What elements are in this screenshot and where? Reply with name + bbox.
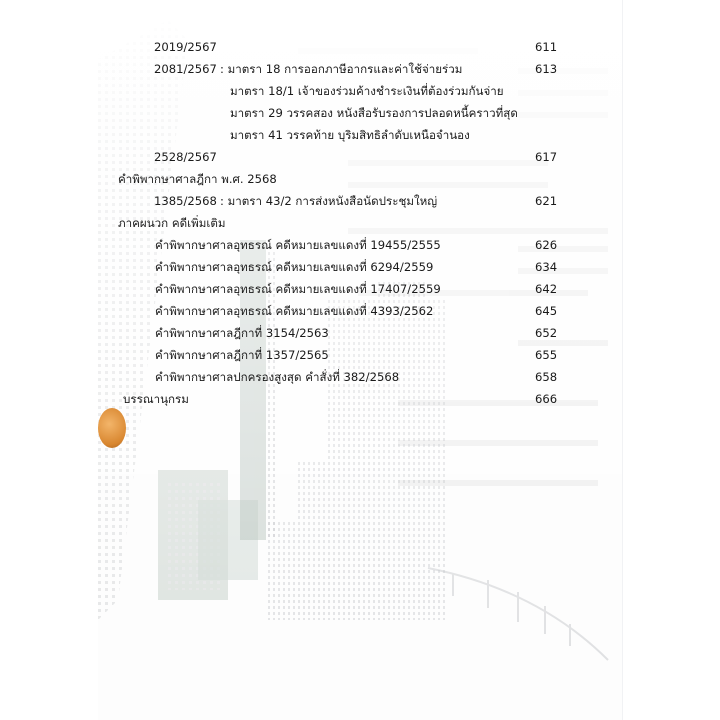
entry-title: คำพิพากษาศาลอุทธรณ์ คดีหมายเลขแดงที่ 194… bbox=[155, 238, 441, 252]
page-number: 642 bbox=[535, 282, 565, 296]
entry-description: มาตรา 29 วรรคสอง หนังสือรับรองการปลอดหนี… bbox=[230, 106, 518, 120]
section-heading: คำพิพากษาศาลฎีกา พ.ศ. 2568 bbox=[118, 172, 277, 186]
page-number: 658 bbox=[535, 370, 565, 384]
case-number: 1385/2568 bbox=[154, 194, 217, 208]
entry-title: คำพิพากษาศาลฎีกาที่ 1357/2565 bbox=[155, 348, 329, 362]
page-number: 666 bbox=[535, 392, 565, 406]
section-heading: บรรณานุกรม bbox=[123, 392, 189, 406]
entry-description: : มาตรา 43/2 การส่งหนังสือนัดประชุมใหญ่ bbox=[220, 194, 437, 208]
case-number: 2081/2567 bbox=[154, 62, 217, 76]
page-number: 655 bbox=[535, 348, 565, 362]
page-number: 626 bbox=[535, 238, 565, 252]
section-heading: ภาคผนวก คดีเพิ่มเติม bbox=[118, 216, 226, 230]
entry-description: : มาตรา 18 การออกภาษีอากรและค่าใช้จ่ายร่… bbox=[220, 62, 462, 76]
entry-title: คำพิพากษาศาลอุทธรณ์ คดีหมายเลขแดงที่ 439… bbox=[155, 304, 433, 318]
page-number: 652 bbox=[535, 326, 565, 340]
book-page: 2019/2567 611 2081/2567 : มาตรา 18 การออ… bbox=[98, 0, 622, 720]
entry-title: คำพิพากษาศาลอุทธรณ์ คดีหมายเลขแดงที่ 174… bbox=[155, 282, 441, 296]
page-number: 645 bbox=[535, 304, 565, 318]
page-number: 634 bbox=[535, 260, 565, 274]
entry-title: คำพิพากษาศาลปกครองสูงสุด คำสั่งที่ 382/2… bbox=[155, 370, 399, 384]
entry-title: คำพิพากษาศาลฎีกาที่ 3154/2563 bbox=[155, 326, 329, 340]
entry-description: มาตรา 18/1 เจ้าของร่วมค้างชำระเงินที่ต้อ… bbox=[230, 84, 504, 98]
page-number: 621 bbox=[535, 194, 565, 208]
page-number: 613 bbox=[535, 62, 565, 76]
entry-title: คำพิพากษาศาลอุทธรณ์ คดีหมายเลขแดงที่ 629… bbox=[155, 260, 433, 274]
case-number: 2019/2567 bbox=[154, 40, 217, 54]
entry-description: มาตรา 41 วรรคท้าย บุริมสิทธิลำดับเหนือจำ… bbox=[230, 128, 470, 142]
table-of-contents: 2019/2567 611 2081/2567 : มาตรา 18 การออ… bbox=[98, 0, 622, 720]
case-number: 2528/2567 bbox=[154, 150, 217, 164]
page-number: 617 bbox=[535, 150, 565, 164]
page-number: 611 bbox=[535, 40, 565, 54]
